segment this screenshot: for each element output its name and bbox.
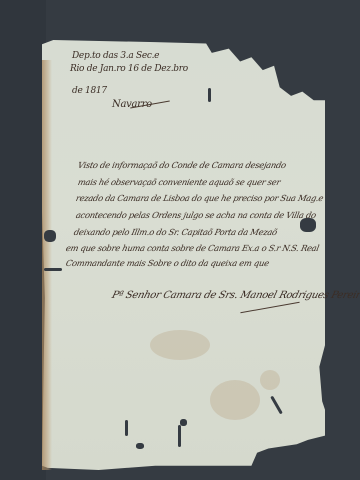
scan-background-left xyxy=(0,0,46,480)
body-line: Commandante mais Sobre o dito da queixa … xyxy=(65,258,270,268)
paper-damage xyxy=(125,420,128,436)
signature: Pª Senhor Camara de Srs. Manoel Rodrigue… xyxy=(111,290,360,301)
paper-damage xyxy=(136,443,144,449)
header-line-3: de 1817 xyxy=(72,86,107,96)
paper-damage xyxy=(44,268,62,271)
header-line-2: Rio de Jan.ro 16 de Dez.bro xyxy=(70,64,188,74)
water-stain xyxy=(260,370,280,390)
manuscript-page xyxy=(42,40,325,470)
body-line: em que sobre huma conta sobre de Camara … xyxy=(65,243,320,253)
paper-damage xyxy=(300,218,316,232)
paper-damage xyxy=(44,230,56,242)
water-stain xyxy=(150,330,210,360)
body-line: Visto de informaçaõ do Conde de Camara d… xyxy=(77,160,287,170)
paper-damage xyxy=(178,425,181,447)
header-line-1: Dep.to das 3.a Sec.e xyxy=(72,51,159,61)
paper-damage xyxy=(180,419,187,426)
body-line: rezado da Camara de Lisboa do que he pre… xyxy=(75,193,324,203)
paper-damage xyxy=(208,88,211,102)
body-line: acontecendo pelas Ordens julgo se acha n… xyxy=(75,210,317,220)
body-line: deixando pelo Illm.o do Sr. Capitaõ Port… xyxy=(73,227,278,237)
body-line: mais hé observaçaõ conveniente aquaõ se … xyxy=(77,177,281,187)
edge-stain xyxy=(42,60,52,470)
water-stain xyxy=(210,380,260,420)
